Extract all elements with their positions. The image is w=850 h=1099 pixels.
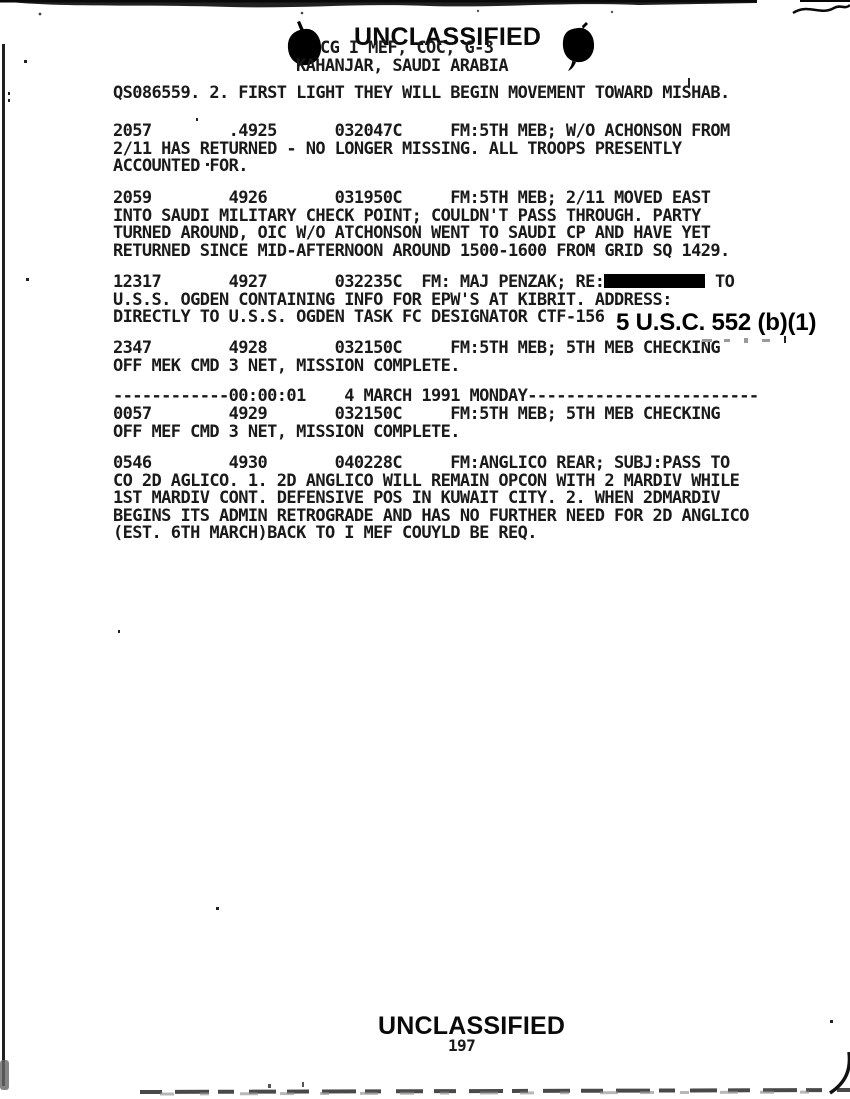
scan-speck (8, 99, 10, 102)
scan-speck (26, 278, 29, 281)
scan-speck (702, 339, 712, 342)
scan-speck (206, 163, 209, 166)
ink-blob-right (558, 22, 600, 76)
scan-speck (744, 338, 748, 343)
scan-speck (24, 60, 27, 63)
scan-speck (688, 78, 690, 88)
foia-exemption-stamp: 5 U.S.C. 552 (b)(1) (616, 311, 816, 335)
scan-artifact-bottom-edge (0, 1050, 850, 1099)
log-entry-4925: 2057 .4925 032047C FM:5TH MEB; W/O ACHON… (113, 123, 730, 176)
scan-speck (196, 118, 198, 121)
log-entry-4930: 0546 4930 040228C FM:ANGLICO REAR; SUBJ:… (113, 455, 749, 543)
scan-speck (762, 339, 770, 342)
scan-speck (724, 339, 730, 342)
scan-artifact-top-edge (0, 0, 850, 20)
scan-speck (8, 92, 10, 95)
scan-speck (590, 249, 593, 252)
log-entry-4929: 0057 4929 032150C FM:5TH MEB; 5TH MEB CH… (113, 406, 720, 441)
log-divider-4-march: ------------00:00:01 4 MARCH 1991 MONDAY… (113, 388, 759, 406)
document-page: UNCLASSIFIED CG I MEF, COC, G-3 KAHANJAR… (0, 0, 850, 1099)
scan-artifact-left-line (2, 44, 5, 1086)
scan-speck (830, 1020, 833, 1023)
log-entry-4926: 2059 4926 031950C FM:5TH MEB; 2/11 MOVED… (113, 190, 730, 260)
redaction-bar (604, 274, 705, 288)
log-entry-intro: QS086559. 2. FIRST LIGHT THEY WILL BEGIN… (113, 85, 730, 103)
header-location-line: KAHANJAR, SAUDI ARABIA (296, 58, 508, 76)
scan-speck (118, 630, 120, 633)
log-entry-4928: 2347 4928 032150C FM:5TH MEB; 5TH MEB CH… (113, 340, 720, 375)
scan-speck (216, 907, 219, 910)
scan-speck (784, 336, 786, 343)
header-command-line: CG I MEF, COC, G-3 (320, 40, 493, 58)
